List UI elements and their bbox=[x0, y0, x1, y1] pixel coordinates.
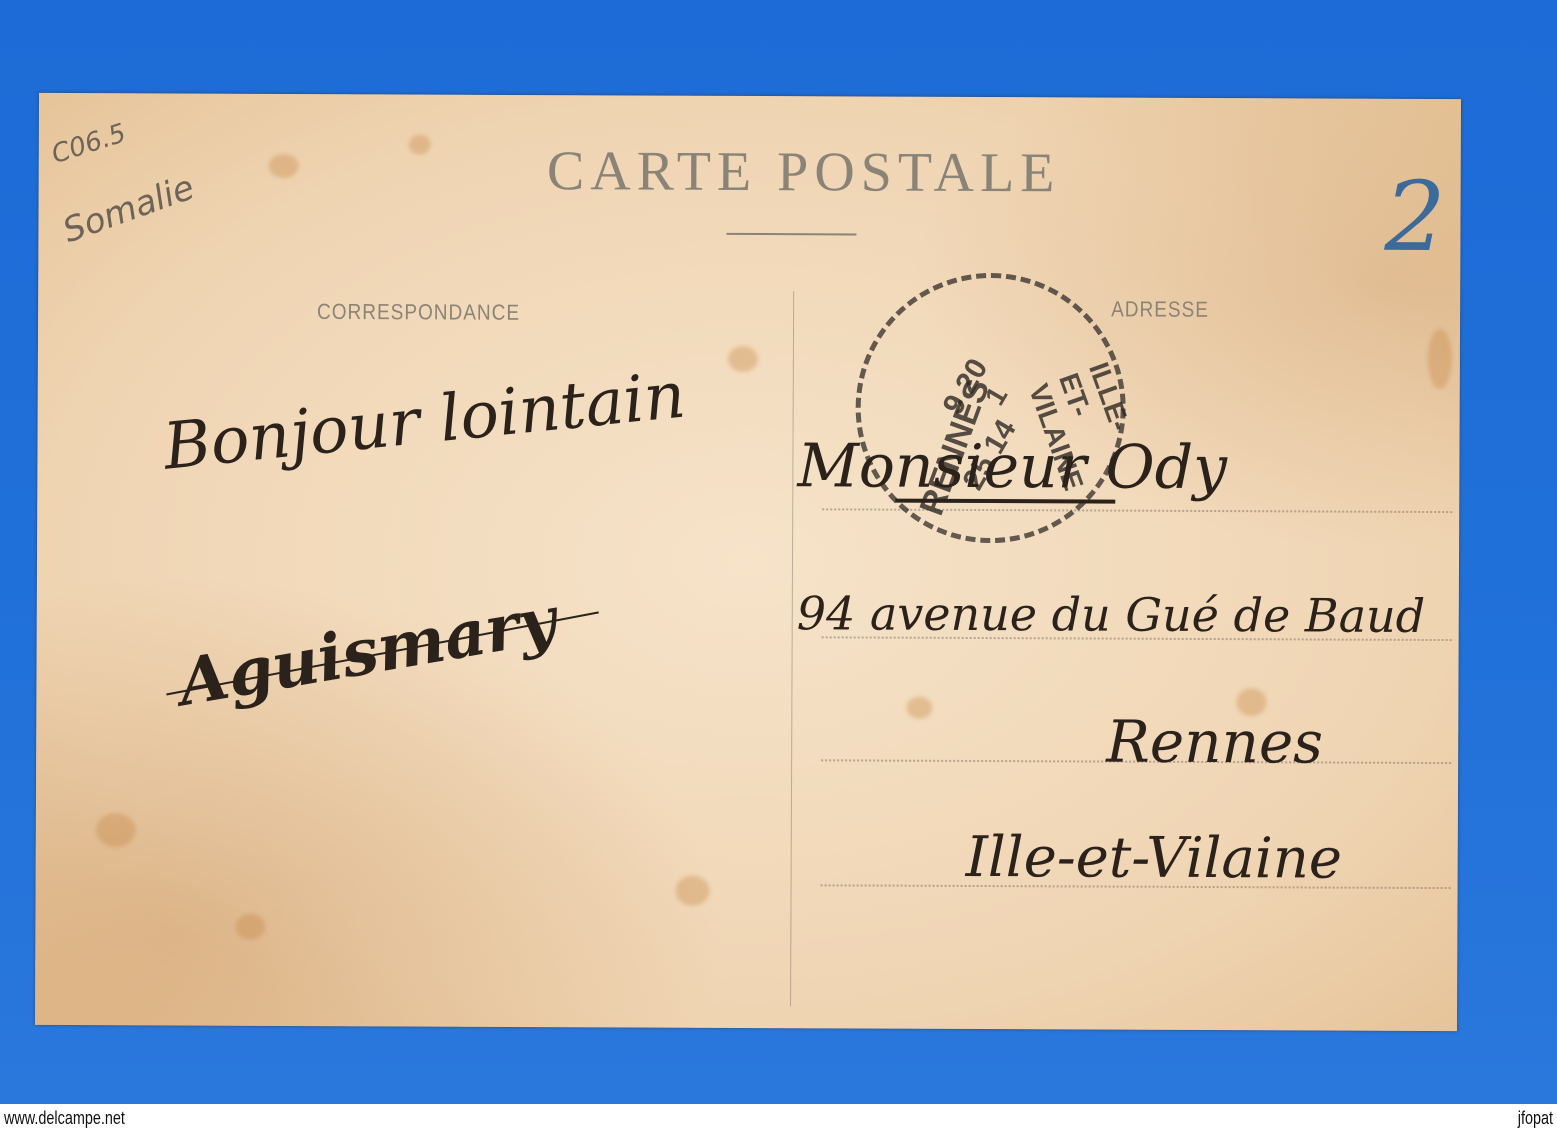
address-department: Ille-et-Vilaine bbox=[966, 825, 1343, 892]
adresse-label: ADRESSE bbox=[1111, 298, 1209, 324]
footer-site-link[interactable]: www.delcampe.net bbox=[4, 1108, 125, 1129]
pencil-note-country: Somalie bbox=[58, 167, 200, 251]
message-signature: Aguismary bbox=[173, 583, 562, 722]
correspondance-label: CORRESPONDANCE bbox=[317, 300, 520, 326]
foxing-spot bbox=[409, 135, 431, 155]
address-recipient: Monsieur Ody bbox=[797, 431, 1227, 503]
blue-pencil-mark: 2 bbox=[1384, 161, 1446, 273]
foxing-spot bbox=[728, 346, 758, 372]
address-street: 94 avenue du Gué de Baud bbox=[797, 586, 1426, 643]
center-divider bbox=[790, 291, 794, 1006]
postcard-title: CARTE POSTALE bbox=[539, 139, 1069, 205]
title-rule bbox=[726, 233, 856, 236]
message-greeting: Bonjour lointain bbox=[160, 359, 688, 485]
footer-seller: jfopat bbox=[1518, 1108, 1553, 1129]
address-city: Rennes bbox=[1106, 708, 1323, 777]
postcard: CARTE POSTALE CORRESPONDANCE ADRESSE C06… bbox=[35, 93, 1461, 1031]
foxing-spot bbox=[906, 697, 932, 719]
foxing-spot bbox=[1428, 329, 1452, 389]
pencil-note-code: C06.5 bbox=[48, 118, 130, 170]
foxing-spot bbox=[235, 914, 265, 940]
foxing-spot bbox=[269, 154, 299, 178]
foxing-spot bbox=[96, 813, 136, 847]
foxing-spot bbox=[675, 876, 709, 906]
